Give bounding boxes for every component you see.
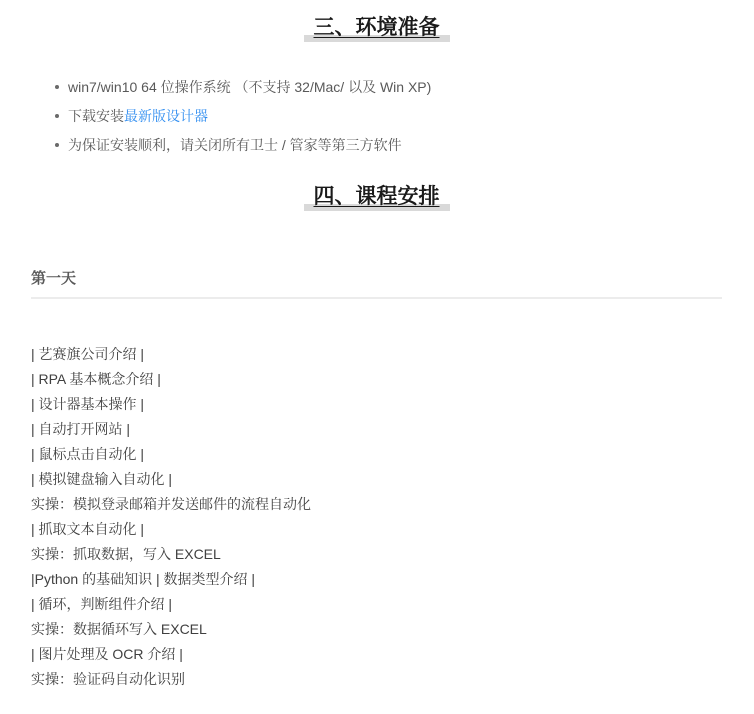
course-line: | 图片处理及 OCR 介绍 | <box>31 642 722 667</box>
section-heading-environment-text: 三、环境准备 <box>304 14 450 40</box>
document-page: 三、环境准备 win7/win10 64 位操作系统 （不支持 32/Mac/ … <box>0 14 754 702</box>
divider <box>31 297 722 299</box>
list-item-text: win7/win10 64 位操作系统 （不支持 32/Mac/ 以及 Win … <box>68 79 431 95</box>
course-line: | RPA 基本概念介绍 | <box>31 367 722 392</box>
course-line: | 自动打开网站 | <box>31 417 722 442</box>
course-line: 实操：模拟登录邮箱并发送邮件的流程自动化 <box>31 492 722 517</box>
list-item-download-designer: 下载安装最新版设计器 <box>68 107 722 125</box>
list-item-text: 为保证安装顺利，请关闭所有卫士 / 管家等第三方软件 <box>68 137 402 153</box>
course-line: 实操：验证码自动化识别 <box>31 667 722 692</box>
section-heading-environment: 三、环境准备 <box>31 14 722 40</box>
course-line: | 鼠标点击自动化 | <box>31 442 722 467</box>
course-line: | 抓取文本自动化 | <box>31 517 722 542</box>
course-line: | 模拟键盘输入自动化 | <box>31 467 722 492</box>
list-item-close-security-software: 为保证安装顺利，请关闭所有卫士 / 管家等第三方软件 <box>68 136 722 154</box>
course-line: | 艺赛旗公司介绍 | <box>31 342 722 367</box>
course-line: | 设计器基本操作 | <box>31 392 722 417</box>
course-schedule-list: | 艺赛旗公司介绍 | | RPA 基本概念介绍 | | 设计器基本操作 | |… <box>31 342 722 692</box>
environment-requirements-list: win7/win10 64 位操作系统 （不支持 32/Mac/ 以及 Win … <box>31 78 722 154</box>
section-heading-course-text: 四、课程安排 <box>304 183 450 209</box>
latest-designer-link[interactable]: 最新版设计器 <box>124 108 208 124</box>
section-heading-course: 四、课程安排 <box>31 183 722 209</box>
course-line: 实操：数据循环写入 EXCEL <box>31 617 722 642</box>
course-line: |Python 的基础知识 | 数据类型介绍 | <box>31 567 722 592</box>
course-line: | 循环，判断组件介绍 | <box>31 592 722 617</box>
course-line: 实操：抓取数据，写入 EXCEL <box>31 542 722 567</box>
day-one-heading: 第一天 <box>31 269 722 289</box>
list-item-text: 下载安装 <box>68 108 124 124</box>
list-item-os-requirement: win7/win10 64 位操作系统 （不支持 32/Mac/ 以及 Win … <box>68 78 722 96</box>
